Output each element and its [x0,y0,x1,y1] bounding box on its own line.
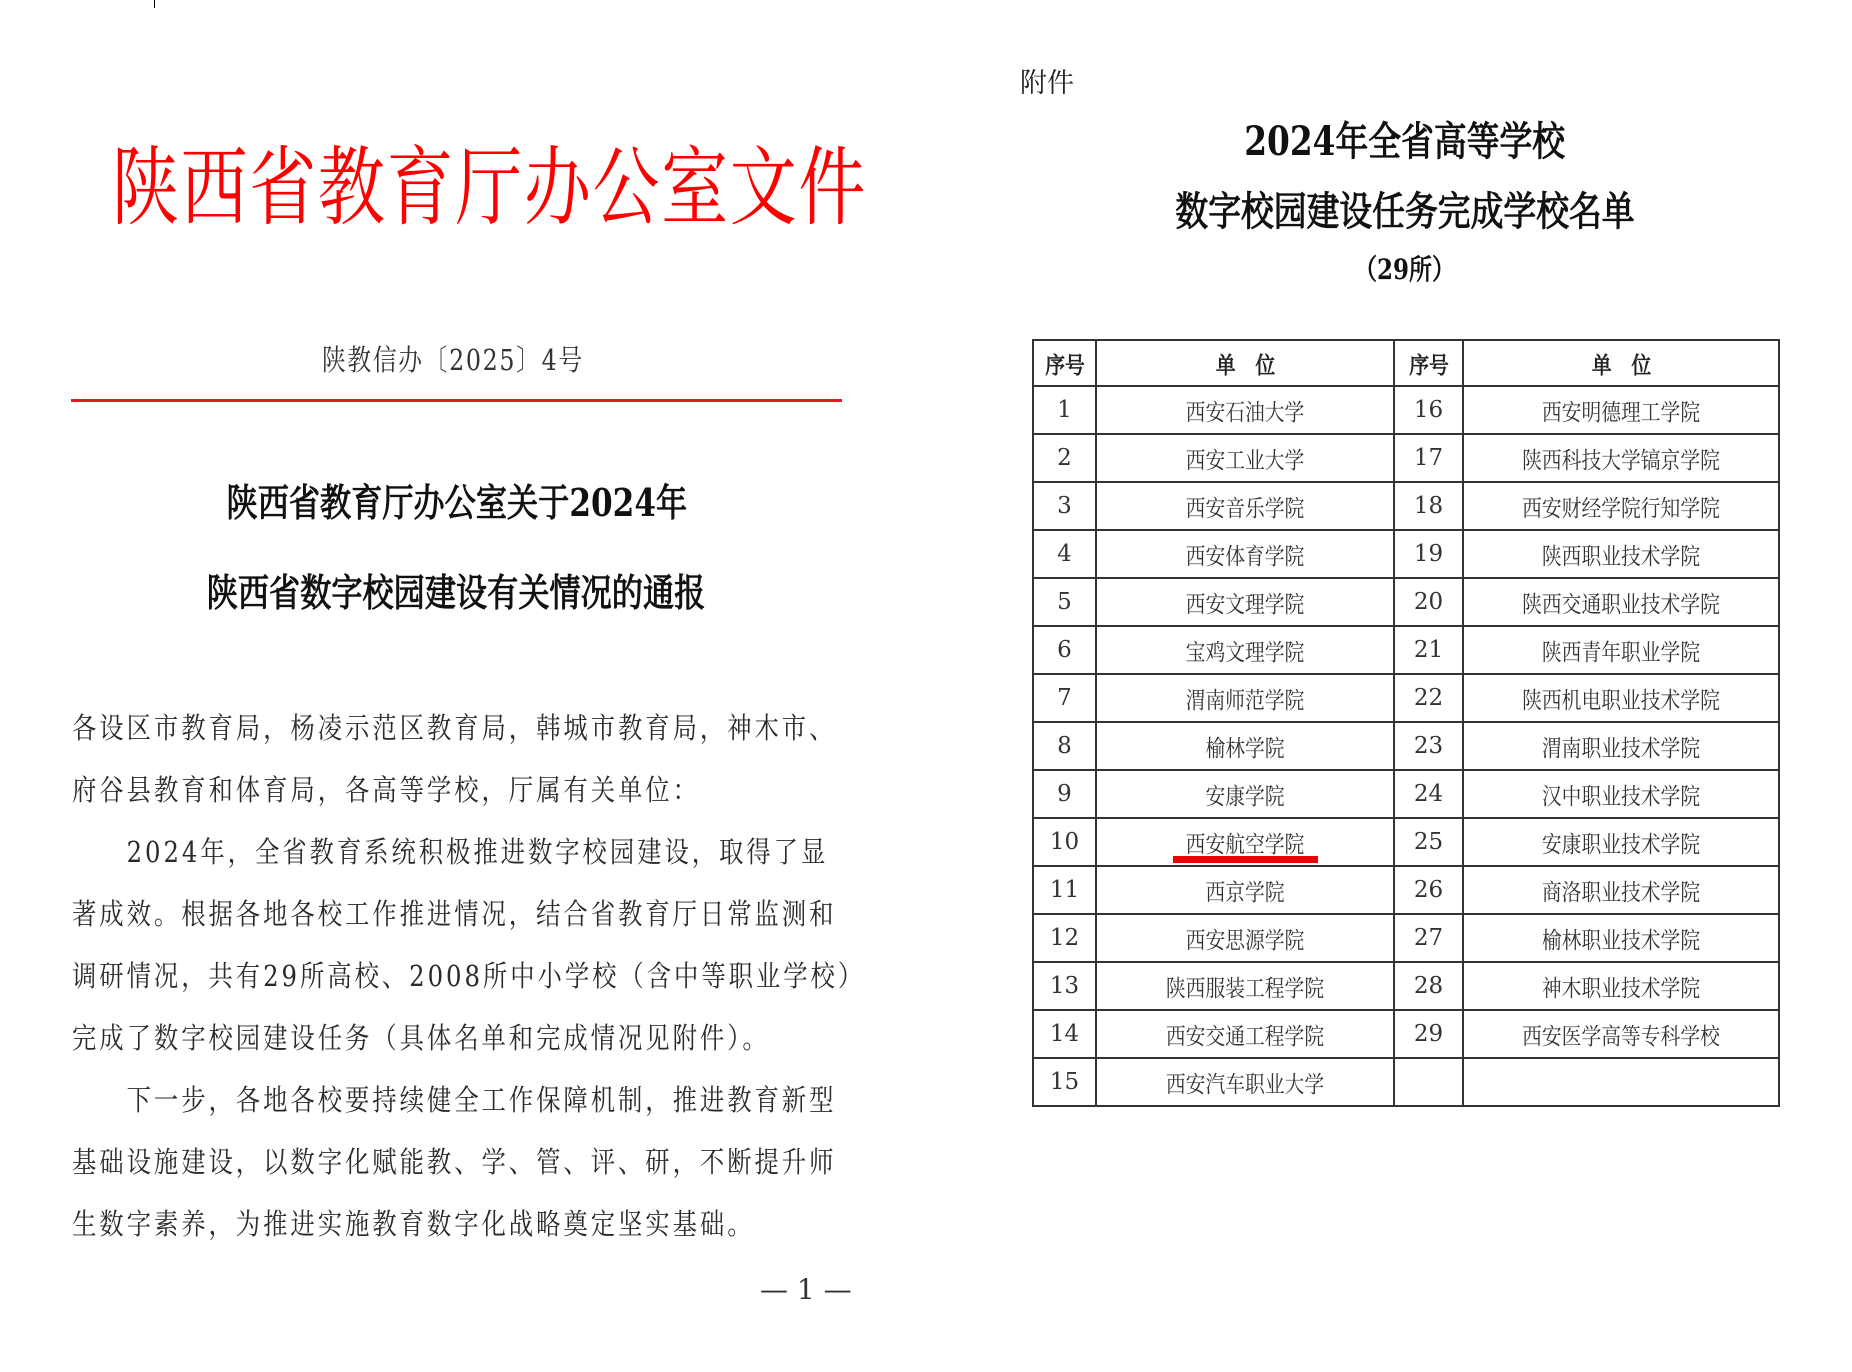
index-cell: 3 [1033,482,1096,530]
school-name-cell: 西安财经学院行知学院 [1463,482,1779,530]
school-name-cell: 陕西青年职业学院 [1463,626,1779,674]
notice-title-line-1: 陕西省教育厅办公室关于2024年 [71,478,842,528]
body-line: 基础设施建设，以数字化赋能教、学、管、评、研，不断提升师 [72,1142,852,1182]
index-cell: 21 [1394,626,1463,674]
table-row: 3西安音乐学院18西安财经学院行知学院 [1033,482,1779,530]
document-header-title: 陕西省教育厅办公室文件 [112,138,650,238]
column-header-unit: 单 位 [1096,340,1394,386]
index-cell: 20 [1394,578,1463,626]
document-number: 陕教信办〔2025〕4号 [322,340,584,380]
index-cell: 4 [1033,530,1096,578]
index-cell: 10 [1033,818,1096,866]
table-row: 1西安石油大学16西安明德理工学院 [1033,386,1779,434]
index-cell: 25 [1394,818,1463,866]
table-row: 7渭南师范学院22陕西机电职业技术学院 [1033,674,1779,722]
school-name-cell: 安康学院 [1096,770,1394,818]
body-line: 调研情况，共有29所高校、2008所中小学校（含中等职业学校） [72,956,852,996]
table-row: 12西安思源学院27榆林职业技术学院 [1033,914,1779,962]
table-row: 8榆林学院23渭南职业技术学院 [1033,722,1779,770]
table-row: 9安康学院24汉中职业技术学院 [1033,770,1779,818]
school-list-table: 序号 单 位 序号 单 位 1西安石油大学16西安明德理工学院2西安工业大学17… [1032,339,1780,1107]
school-name-cell: 西安文理学院 [1096,578,1394,626]
index-cell: 23 [1394,722,1463,770]
column-header-index: 序号 [1033,340,1096,386]
index-cell: 12 [1033,914,1096,962]
index-cell: 16 [1394,386,1463,434]
notice-title-line-2: 陕西省数字校园建设有关情况的通报 [71,568,842,618]
school-name-cell: 商洛职业技术学院 [1463,866,1779,914]
body-line: 完成了数字校园建设任务（具体名单和完成情况见附件）。 [72,1018,852,1058]
index-cell: 2 [1033,434,1096,482]
index-cell: 1 [1033,386,1096,434]
body-line: 府谷县教育和体育局，各高等学校，厅属有关单位： [72,770,852,810]
school-name-cell: 神木职业技术学院 [1463,962,1779,1010]
school-name-cell: 榆林学院 [1096,722,1394,770]
school-name-cell: 安康职业技术学院 [1463,818,1779,866]
index-cell: 19 [1394,530,1463,578]
crop-mark [154,0,155,8]
highlight-underline [1173,856,1318,863]
school-name-cell: 宝鸡文理学院 [1096,626,1394,674]
school-name-cell: 西安交通工程学院 [1096,1010,1394,1058]
school-name-cell: 西安思源学院 [1096,914,1394,962]
body-line: 2024年，全省教育系统积极推进数字校园建设，取得了显 [72,832,852,872]
school-name-cell: 榆林职业技术学院 [1463,914,1779,962]
school-name-cell: 陕西服装工程学院 [1096,962,1394,1010]
school-name-cell: 汉中职业技术学院 [1463,770,1779,818]
index-cell: 27 [1394,914,1463,962]
index-cell: 9 [1033,770,1096,818]
table-row: 6宝鸡文理学院21陕西青年职业学院 [1033,626,1779,674]
table-row: 15西安汽车职业大学 [1033,1058,1779,1106]
school-name-cell: 西安明德理工学院 [1463,386,1779,434]
school-name-cell: 陕西科技大学镐京学院 [1463,434,1779,482]
table-row: 4西安体育学院19陕西职业技术学院 [1033,530,1779,578]
table-row: 10西安航空学院25安康职业技术学院 [1033,818,1779,866]
body-line: 各设区市教育局，杨凌示范区教育局，韩城市教育局，神木市、 [72,708,852,748]
table-row: 5西安文理学院20陕西交通职业技术学院 [1033,578,1779,626]
school-name-cell: 渭南师范学院 [1096,674,1394,722]
table-row: 14西安交通工程学院29西安医学高等专科学校 [1033,1010,1779,1058]
table-header-row: 序号 单 位 序号 单 位 [1033,340,1779,386]
list-title-line-1: 2024年全省高等学校 [1032,116,1777,168]
index-cell: 29 [1394,1010,1463,1058]
index-cell: 11 [1033,866,1096,914]
index-cell: 5 [1033,578,1096,626]
school-count: （29所） [1032,250,1777,290]
table-row: 13陕西服装工程学院28神木职业技术学院 [1033,962,1779,1010]
list-title-line-2: 数字校园建设任务完成学校名单 [1032,186,1777,238]
attachment-label: 附件 [1020,66,1074,102]
column-header-index: 序号 [1394,340,1463,386]
school-name-cell: 西京学院 [1096,866,1394,914]
school-name-cell: 西安石油大学 [1096,386,1394,434]
body-line: 下一步，各地各校要持续健全工作保障机制，推进教育新型 [72,1080,852,1120]
index-cell: 7 [1033,674,1096,722]
page-number: — 1 — [760,1270,852,1310]
school-name-cell: 西安音乐学院 [1096,482,1394,530]
index-cell: 22 [1394,674,1463,722]
index-cell: 13 [1033,962,1096,1010]
school-name-cell: 西安汽车职业大学 [1096,1058,1394,1106]
body-line: 著成效。根据各地各校工作推进情况，结合省教育厅日常监测和 [72,894,852,934]
index-cell: 18 [1394,482,1463,530]
school-name-cell: 渭南职业技术学院 [1463,722,1779,770]
school-name-cell: 西安医学高等专科学校 [1463,1010,1779,1058]
table-row: 2西安工业大学17陕西科技大学镐京学院 [1033,434,1779,482]
index-cell: 8 [1033,722,1096,770]
school-name-cell: 西安体育学院 [1096,530,1394,578]
red-divider [71,399,842,402]
school-name-cell: 西安工业大学 [1096,434,1394,482]
school-name-cell: 陕西职业技术学院 [1463,530,1779,578]
column-header-unit: 单 位 [1463,340,1779,386]
school-name-cell: 陕西交通职业技术学院 [1463,578,1779,626]
index-cell: 28 [1394,962,1463,1010]
body-line: 生数字素养，为推进实施教育数字化战略奠定坚实基础。 [72,1204,852,1244]
index-cell: 26 [1394,866,1463,914]
school-name-cell: 陕西机电职业技术学院 [1463,674,1779,722]
index-cell: 14 [1033,1010,1096,1058]
index-cell: 17 [1394,434,1463,482]
index-cell: 6 [1033,626,1096,674]
index-cell: 24 [1394,770,1463,818]
index-cell [1394,1058,1463,1106]
index-cell: 15 [1033,1058,1096,1106]
table-row: 11西京学院26商洛职业技术学院 [1033,866,1779,914]
school-name-cell [1463,1058,1779,1106]
